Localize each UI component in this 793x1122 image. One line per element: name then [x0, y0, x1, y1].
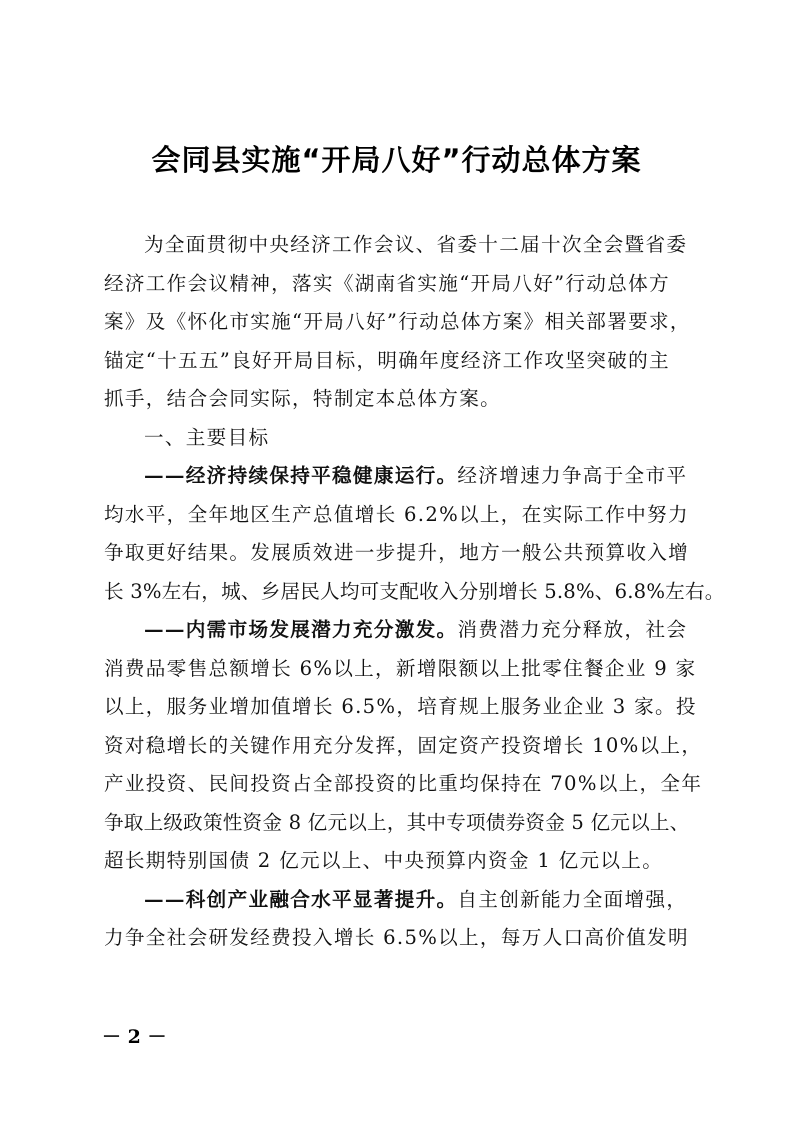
section-heading: 一、主要目标	[104, 419, 694, 458]
goal-line: 长 3%左右，城、乡居民人均可支配收入分别增长 5.8%、6.8%左右。	[104, 573, 694, 612]
goal-text: 经济增速力争高于全市平	[457, 464, 687, 487]
goal-line: 均水平，全年地区生产总值增长 6.2%以上，在实际工作中努力	[104, 496, 694, 535]
goal-line: 力争全社会研发经费投入增长 6.5%以上，每万人口高价值发明	[104, 919, 694, 958]
intro-line: 抓手，结合会同实际，特制定本总体方案。	[104, 380, 694, 419]
goal-line: 消费品零售总额增长 6%以上，新增限额以上批零住餐企业 9 家	[104, 650, 694, 689]
goal-first-line: ——科创产业融合水平显著提升。自主创新能力全面增强，	[104, 881, 694, 920]
intro-line: 案》及《怀化市实施“开局八好”行动总体方案》相关部署要求，	[104, 303, 694, 342]
goal-text: 自主创新能力全面增强，	[457, 888, 687, 911]
intro-line: 锚定“十五五”良好开局目标，明确年度经济工作攻坚突破的主	[104, 342, 694, 381]
document-body: 为全面贯彻中央经济工作会议、省委十二届十次全会暨省委 经济工作会议精神，落实《湖…	[104, 226, 694, 958]
goal-first-line: ——内需市场发展潜力充分激发。消费潜力充分释放，社会	[104, 611, 694, 650]
goal-line: 产业投资、民间投资占全部投资的比重均保持在 70%以上，全年	[104, 765, 694, 804]
intro-line: 为全面贯彻中央经济工作会议、省委十二届十次全会暨省委	[104, 226, 694, 265]
goal-line: 争取更好结果。发展质效进一步提升，地方一般公共预算收入增	[104, 534, 694, 573]
goal-line: 争取上级政策性资金 8 亿元以上，其中专项债券资金 5 亿元以上、	[104, 804, 694, 843]
goal-lead: ——科创产业融合水平显著提升。	[144, 888, 457, 911]
goal-lead: ——经济持续保持平稳健康运行。	[144, 464, 457, 487]
goal-line: 超长期特别国债 2 亿元以上、中央预算内资金 1 亿元以上。	[104, 842, 694, 881]
document-page: 会同县实施“开局八好”行动总体方案 为全面贯彻中央经济工作会议、省委十二届十次全…	[0, 0, 793, 1122]
goal-line: 以上，服务业增加值增长 6.5%，培育规上服务业企业 3 家。投	[104, 688, 694, 727]
goal-line: 资对稳增长的关键作用充分发挥，固定资产投资增长 10%以上，	[104, 727, 694, 766]
page-number: － 2 －	[102, 1022, 166, 1049]
goal-first-line: ——经济持续保持平稳健康运行。经济增速力争高于全市平	[104, 457, 694, 496]
goal-text: 消费潜力充分释放，社会	[457, 618, 687, 641]
intro-line: 经济工作会议精神，落实《湖南省实施“开局八好”行动总体方	[104, 265, 694, 304]
document-title: 会同县实施“开局八好”行动总体方案	[0, 138, 793, 179]
goal-lead: ——内需市场发展潜力充分激发。	[144, 618, 457, 641]
